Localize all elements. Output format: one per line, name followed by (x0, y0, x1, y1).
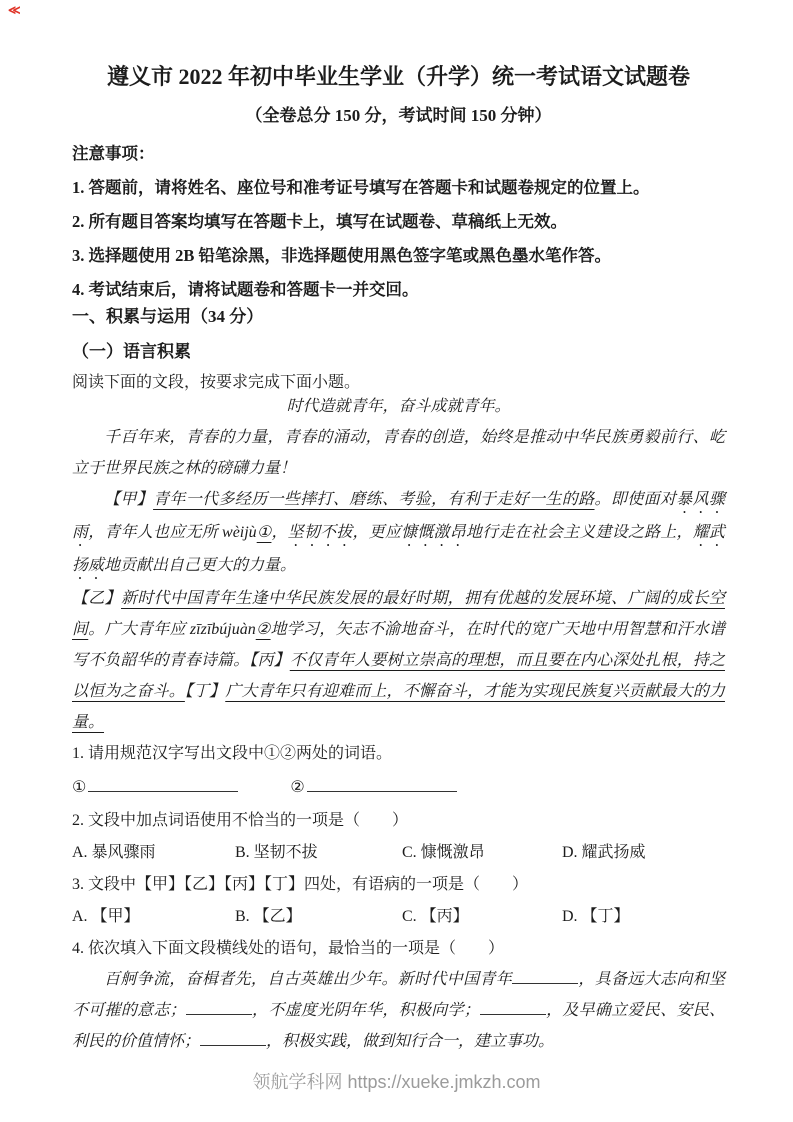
passage-paragraph-1: 千百年来，青春的力量，青春的涌动，青春的创造，始终是推动中华民族勇毅前行、屹立于… (72, 422, 725, 484)
notice-item-4: 4. 考试结束后，请将试题卷和答题卡一并交回。 (72, 280, 725, 300)
question-2-options: A. 暴风骤雨 B. 坚韧不拔 C. 慷慨激昂 D. 耀武扬威 (72, 843, 725, 863)
option-2d: D. 耀武扬威 (562, 843, 646, 863)
option-3d: D. 【丁】 (562, 907, 630, 927)
question-4-label: 4. 依次填入下面文段横线处的语句，最恰当的一项是（ ） (72, 939, 725, 959)
passage-paragraph-3: 【乙】新时代中国青年生逢中华民族发展的最好时期，拥有优越的发展环境、广阔的成长空… (72, 583, 725, 738)
option-2b: B. 坚韧不拔 (235, 843, 402, 863)
exam-paper-page: { "page": { "corner_mark": "≪", "waterma… (0, 0, 793, 1122)
passage-epigraph: 时代造就青年，奋斗成就青年。 (72, 398, 725, 416)
blank-1-label: ① (72, 779, 86, 796)
paper-subtitle: （全卷总分 150 分，考试时间 150 分钟） (72, 105, 725, 127)
section-subheading: （一）语言积累 (72, 341, 725, 363)
notice-heading: 注意事项： (72, 144, 725, 164)
paper-content: 遵义市 2022 年初中毕业生学业（升学）统一考试语文试题卷 （全卷总分 150… (0, 62, 793, 1057)
blank-2-label: ② (290, 779, 304, 796)
option-3c: C. 【丙】 (402, 907, 562, 927)
option-2a: A. 暴风骤雨 (72, 843, 235, 863)
passage-intro: 阅读下面的文段，按要求完成下面小题。 (72, 374, 725, 392)
question-3-options: A. 【甲】 B. 【乙】 C. 【丙】 D. 【丁】 (72, 907, 725, 927)
paper-title: 遵义市 2022 年初中毕业生学业（升学）统一考试语文试题卷 (72, 62, 725, 92)
site-watermark: 领航学科网 https://xueke.jmkzh.com (0, 1068, 793, 1094)
question-1-label: 1. 请用规范汉字写出文段中①②两处的词语。 (72, 744, 725, 764)
question-2-label: 2. 文段中加点词语使用不恰当的一项是（ ） (72, 811, 725, 831)
notice-item-3: 3. 选择题使用 2B 铅笔涂黑，非选择题使用黑色签字笔或黑色墨水笔作答。 (72, 246, 725, 266)
section-heading: 一、积累与运用（34 分） (72, 306, 725, 328)
option-2c: C. 慷慨激昂 (402, 843, 562, 863)
passage-paragraph-2: 【甲】青年一代多经历一些摔打、磨练、考验，有利于走好一生的路。即使面对暴风骤雨，… (72, 484, 725, 583)
notice-item-2: 2. 所有题目答案均填写在答题卡上，填写在试题卷、草稿纸上无效。 (72, 212, 725, 232)
notice-item-1: 1. 答题前，请将姓名、座位号和准考证号填写在答题卡和试题卷规定的位置上。 (72, 178, 725, 198)
red-corner-mark: ≪ (8, 4, 19, 16)
question-1-answer-row: ①② (72, 777, 725, 799)
answer-blank-2 (307, 777, 457, 792)
question-3-label: 3. 文段中【甲】【乙】【丙】【丁】四处，有语病的一项是（ ） (72, 875, 725, 895)
answer-blank-1 (88, 777, 238, 792)
option-3a: A. 【甲】 (72, 907, 235, 927)
option-3b: B. 【乙】 (235, 907, 402, 927)
question-4-paragraph: 百舸争流，奋楫者先，自古英雄出少年。新时代中国青年，具备远大志向和坚不可摧的意志… (72, 964, 725, 1057)
